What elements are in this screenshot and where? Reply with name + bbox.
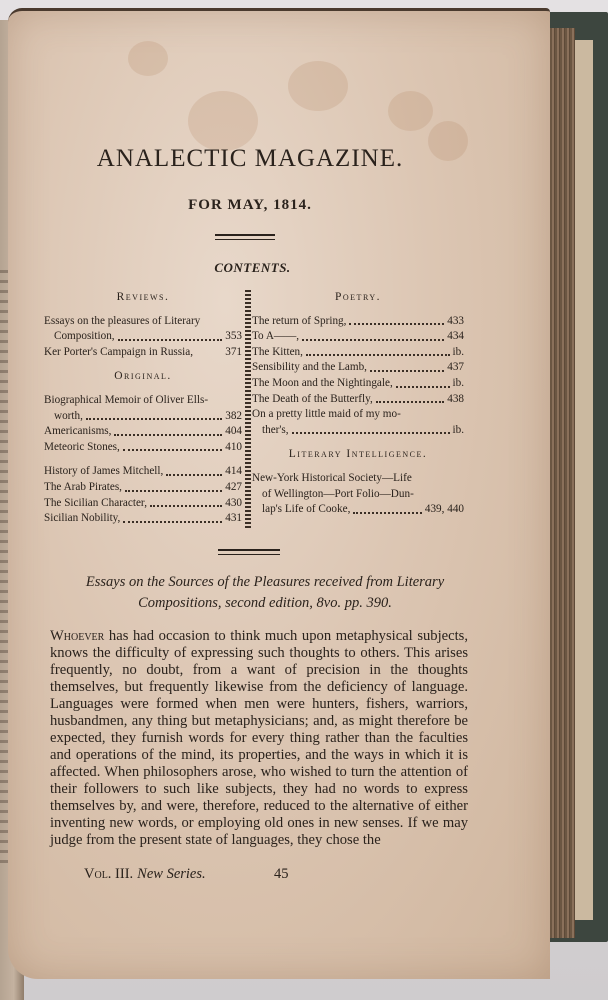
toc-entry: Americanisms,404: [44, 424, 242, 440]
toc-entry: ther's,ib.: [252, 423, 464, 439]
toc-entry: The Kitten,ib.: [252, 345, 464, 361]
toc-title: worth,: [54, 409, 83, 425]
toc-entry: Composition,353: [44, 329, 242, 345]
drop-word: Whoever: [50, 628, 104, 644]
toc-title: of Wellington—Port Folio—Dun-: [262, 487, 414, 503]
leader-dots: [370, 370, 444, 372]
toc-page: 382: [225, 409, 242, 425]
contents-right-column: Poetry. The return of Spring,433 To A——,…: [252, 290, 464, 518]
toc-entry: History of James Mitchell,414: [44, 464, 242, 480]
toc-entry: lap's Life of Cooke,439, 440: [252, 502, 464, 518]
contents-heading: CONTENTS.: [130, 260, 375, 276]
toc-page: 439, 440: [425, 502, 464, 518]
toc-page: 434: [447, 329, 464, 345]
toc-title: Composition,: [54, 329, 115, 345]
toc-title: lap's Life of Cooke,: [262, 502, 350, 518]
section-heading-original: Original.: [44, 369, 242, 385]
body-paragraph: has had occasion to think much upon meta…: [50, 628, 468, 848]
toc-entry: The return of Spring,433: [252, 314, 464, 330]
leader-dots: [376, 401, 444, 403]
spacer: [252, 438, 464, 447]
toc-page: 404: [225, 424, 242, 440]
toc-title: Sicilian Nobility,: [44, 511, 120, 527]
leader-dots: [353, 512, 421, 514]
toc-entry: The Arab Pirates,427: [44, 480, 242, 496]
toc-entry: Biographical Memoir of Oliver Ells-: [44, 393, 242, 409]
toc-title: Essays on the pleasures of Literary: [44, 314, 200, 330]
review-body: Whoever has had occasion to think much u…: [50, 628, 468, 849]
ornamental-rule: [215, 234, 275, 240]
toc-entry: Ker Porter's Campaign in Russia,371: [44, 345, 242, 361]
toc-entry: Sensibility and the Lamb,437: [252, 360, 464, 376]
toc-entry: Essays on the pleasures of Literary: [44, 314, 242, 330]
toc-page: 353: [225, 329, 242, 345]
toc-title: The Death of the Butterfly,: [252, 392, 373, 408]
leader-dots: [118, 339, 223, 341]
leader-dots: [302, 339, 444, 341]
toc-page: 433: [447, 314, 464, 330]
toc-page: 371: [225, 345, 242, 361]
leader-dots: [125, 490, 222, 492]
spacer: [44, 360, 242, 369]
leader-dots: [114, 434, 222, 436]
toc-page: 431: [225, 511, 242, 527]
toc-entry: The Sicilian Character,430: [44, 496, 242, 512]
review-heading-line: Essays on the Sources of the Pleasures r…: [45, 572, 485, 593]
review-heading: Essays on the Sources of the Pleasures r…: [45, 572, 485, 614]
toc-page: 430: [225, 496, 242, 512]
toc-page: 437: [447, 360, 464, 376]
leader-dots: [166, 474, 222, 476]
toc-page: ib.: [453, 345, 465, 361]
leader-dots: [292, 432, 450, 434]
toc-entry: worth,382: [44, 409, 242, 425]
toc-entry: Meteoric Stones,410: [44, 440, 242, 456]
toc-title: The Moon and the Nightingale,: [252, 376, 393, 392]
leader-dots: [349, 323, 444, 325]
review-heading-line: Compositions, second edition, 8vo. pp. 3…: [45, 593, 485, 614]
leader-dots: [150, 505, 222, 507]
toc-entry: The Moon and the Nightingale,ib.: [252, 376, 464, 392]
toc-page: ib.: [453, 376, 465, 392]
issue-date: FOR MAY, 1814.: [80, 197, 420, 214]
toc-title: Sensibility and the Lamb,: [252, 360, 367, 376]
spacer: [44, 455, 242, 464]
toc-title: Biographical Memoir of Oliver Ells-: [44, 393, 208, 409]
toc-entry: of Wellington—Port Folio—Dun-: [252, 487, 464, 503]
toc-title: The Arab Pirates,: [44, 480, 122, 496]
page-content: ANALECTIC MAGAZINE. FOR MAY, 1814. CONTE…: [0, 0, 608, 1000]
volume-label: Vol. III.: [84, 866, 133, 882]
toc-entry: Sicilian Nobility,431: [44, 511, 242, 527]
leader-dots: [123, 449, 222, 451]
section-heading-reviews: Reviews.: [44, 290, 242, 306]
toc-title: To A——,: [252, 329, 299, 345]
toc-title: The Sicilian Character,: [44, 496, 147, 512]
toc-title: Meteoric Stones,: [44, 440, 120, 456]
toc-page: 410: [225, 440, 242, 456]
series-label: New Series.: [137, 866, 205, 882]
toc-page: 414: [225, 464, 242, 480]
toc-title: History of James Mitchell,: [44, 464, 163, 480]
toc-entry: To A——,434: [252, 329, 464, 345]
toc-page: 438: [447, 392, 464, 408]
toc-entry: On a pretty little maid of my mo-: [252, 407, 464, 423]
toc-page: ib.: [453, 423, 465, 439]
toc-title: The Kitten,: [252, 345, 303, 361]
toc-entry: New-York Historical Society—Life: [252, 471, 464, 487]
column-divider: [245, 290, 251, 530]
toc-title: On a pretty little maid of my mo-: [252, 407, 401, 423]
toc-entry: The Death of the Butterfly,438: [252, 392, 464, 408]
contents-left-column: Reviews. Essays on the pleasures of Lite…: [44, 290, 242, 527]
page-footer: Vol. III.New Series. 45: [84, 866, 384, 883]
leader-dots: [123, 521, 222, 523]
leader-dots: [306, 354, 450, 356]
toc-title: ther's,: [262, 423, 289, 439]
page-number: 45: [274, 866, 289, 883]
section-heading-literary-intelligence: Literary Intelligence.: [252, 447, 464, 463]
toc-title: Americanisms,: [44, 424, 111, 440]
magazine-title: ANALECTIC MAGAZINE.: [80, 145, 420, 173]
toc-title: Ker Porter's Campaign in Russia,: [44, 345, 193, 361]
leader-dots: [396, 386, 450, 388]
toc-title: The return of Spring,: [252, 314, 346, 330]
section-heading-poetry: Poetry.: [252, 290, 464, 306]
toc-title: New-York Historical Society—Life: [252, 471, 412, 487]
toc-page: 427: [225, 480, 242, 496]
ornamental-rule: [218, 549, 280, 555]
leader-dots: [86, 418, 222, 420]
